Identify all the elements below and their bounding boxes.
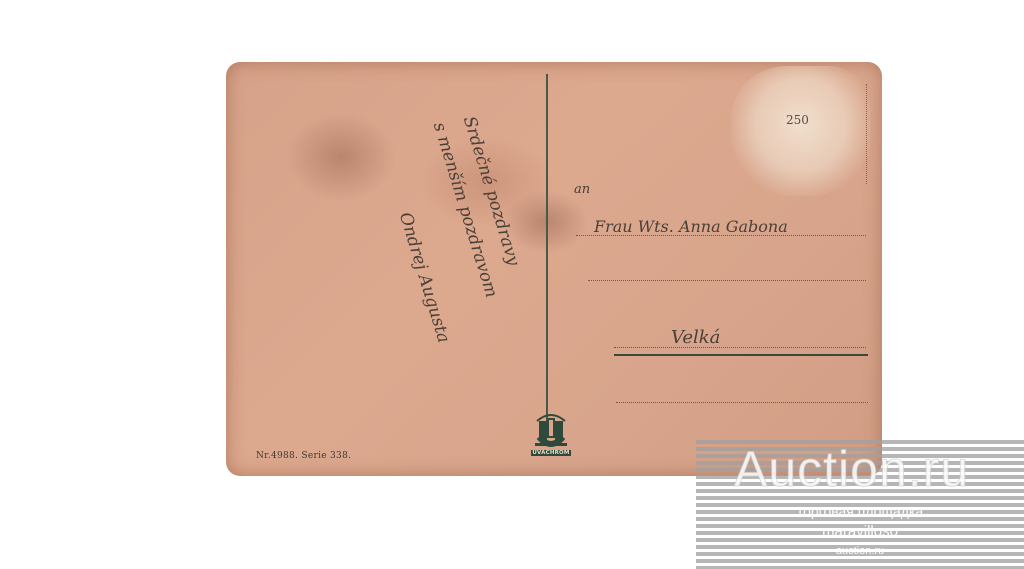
message-signature: Ondrej Augusta (395, 210, 454, 345)
watermark-tagline: торговая площадка (696, 503, 1024, 519)
series-number: Nr.4988. Serie 338. (256, 451, 351, 461)
watermark-seller: maravilloso (696, 523, 1024, 540)
stamp-box (838, 84, 867, 184)
address-line-4 (616, 402, 868, 403)
recipient-town: Velká (671, 327, 720, 348)
logo-label: UVACHROM (531, 450, 571, 456)
address-prefix: an (574, 182, 590, 197)
address-line-2 (588, 280, 866, 281)
auction-watermark: Auction.ru торговая площадка maravilloso… (696, 440, 1024, 569)
uvachrom-logo-icon: UVACHROM (529, 407, 573, 461)
watermark-brand: Auction.ru (734, 440, 969, 498)
address-line-3 (614, 347, 866, 348)
postcard-back: 250 an Frau Wts. Anna Gabona Velká Srdeč… (226, 62, 882, 476)
recipient-name: Frau Wts. Anna Gabona (594, 217, 788, 236)
address-underline (614, 354, 868, 356)
price-note: 250 (786, 113, 809, 127)
stain (286, 112, 396, 202)
watermark-domain: auction.ru (696, 545, 1024, 557)
center-divider (546, 74, 548, 436)
